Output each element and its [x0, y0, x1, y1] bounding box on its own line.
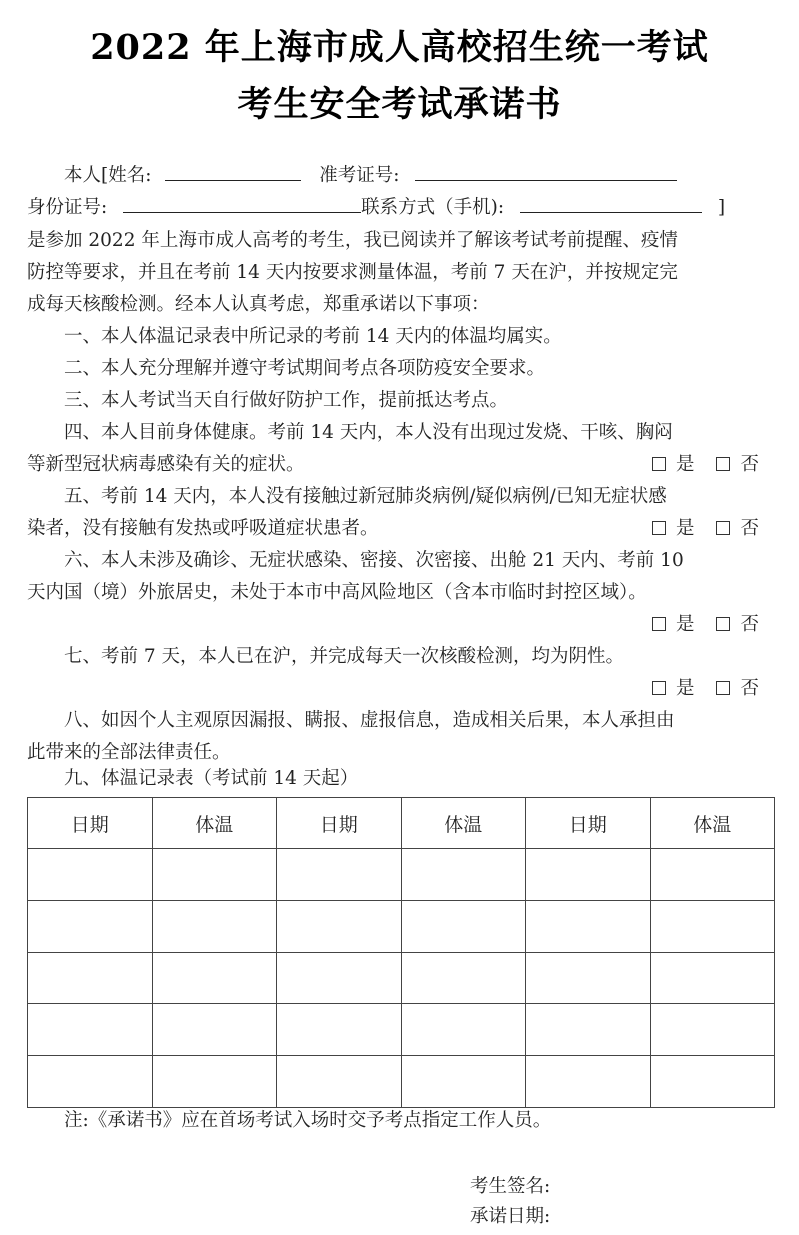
preamble-line: 防控等要求，并且在考前 14 天内按要求测量体温，考前 7 天在沪，并按规定完: [27, 260, 762, 286]
exam-id-field[interactable]: [415, 162, 677, 181]
contact-label: 联系方式（手机):: [361, 197, 504, 218]
date-cell[interactable]: [277, 900, 402, 952]
pledge-item-2: 二、本人充分理解并遵守考试期间考点各项防疫安全要求。: [64, 356, 762, 382]
no-label: 否: [740, 454, 759, 475]
temperature-cell[interactable]: [401, 849, 526, 901]
column-header-date: 日期: [277, 798, 402, 849]
column-header-temperature: 体温: [401, 798, 526, 849]
footer-note: 注:《承诺书》应在首场考试入场时交予考点指定工作人员。: [64, 1108, 762, 1134]
date-cell[interactable]: [526, 1004, 651, 1056]
yes-checkbox[interactable]: [652, 681, 666, 695]
temperature-cell[interactable]: [152, 952, 277, 1004]
temperature-cell[interactable]: [401, 1056, 526, 1108]
date-cell[interactable]: [277, 952, 402, 1004]
personal-info-line-1: 本人[姓名: 准考证号:: [64, 162, 762, 189]
date-cell[interactable]: [526, 849, 651, 901]
table-row: [28, 1056, 775, 1108]
close-bracket: ]: [718, 197, 725, 218]
no-checkbox[interactable]: [716, 521, 730, 535]
date-cell[interactable]: [526, 952, 651, 1004]
table-row: [28, 952, 775, 1004]
pledge-item-8: 八、如因个人主观原因漏报、瞒报、虚报信息，造成相关后果，本人承担由: [64, 708, 762, 734]
date-cell[interactable]: [277, 849, 402, 901]
yes-label: 是: [676, 678, 695, 699]
no-label: 否: [740, 614, 759, 635]
item-7-choices: 是否: [652, 676, 759, 702]
date-cell[interactable]: [28, 849, 153, 901]
no-checkbox[interactable]: [716, 617, 730, 631]
table-header-row: 日期 体温 日期 体温 日期 体温: [28, 798, 775, 849]
yes-label: 是: [676, 518, 695, 539]
date-cell[interactable]: [526, 1056, 651, 1108]
temperature-cell[interactable]: [152, 849, 277, 901]
column-header-date: 日期: [526, 798, 651, 849]
table-row: [28, 900, 775, 952]
no-checkbox[interactable]: [716, 457, 730, 471]
yes-checkbox[interactable]: [652, 457, 666, 471]
personal-info-line-2: 身份证号: 联系方式（手机): ]: [27, 194, 762, 221]
id-card-label: 身份证号:: [27, 197, 107, 218]
no-label: 否: [740, 518, 759, 539]
date-cell[interactable]: [277, 1004, 402, 1056]
yes-label: 是: [676, 614, 695, 635]
id-card-field[interactable]: [123, 194, 361, 213]
no-checkbox[interactable]: [716, 681, 730, 695]
pledge-item-5: 五、考前 14 天内，本人没有接触过新冠肺炎病例/疑似病例/已知无症状感: [64, 484, 762, 510]
pledge-date-label: 承诺日期:: [470, 1204, 550, 1230]
temperature-cell[interactable]: [650, 1004, 775, 1056]
pledge-item-4: 四、本人目前身体健康。考前 14 天内，本人没有出现过发烧、干咳、胸闷: [64, 420, 762, 446]
pledge-item-6: 六、本人未涉及确诊、无症状感染、密接、次密接、出舱 21 天内、考前 10: [64, 548, 762, 574]
date-cell[interactable]: [28, 900, 153, 952]
item-5-choices: 是否: [652, 516, 759, 542]
preamble-line: 是参加 2022 年上海市成人高考的考生，我已阅读并了解该考试考前提醒、疫情: [27, 228, 762, 254]
phone-field[interactable]: [520, 194, 702, 213]
no-label: 否: [740, 678, 759, 699]
temperature-cell[interactable]: [401, 952, 526, 1004]
table-row: [28, 849, 775, 901]
temperature-cell[interactable]: [650, 849, 775, 901]
date-cell[interactable]: [28, 1004, 153, 1056]
temperature-cell[interactable]: [401, 1004, 526, 1056]
date-cell[interactable]: [277, 1056, 402, 1108]
yes-checkbox[interactable]: [652, 521, 666, 535]
date-cell[interactable]: [28, 952, 153, 1004]
pledge-item-9: 九、体温记录表（考试前 14 天起）: [64, 766, 762, 792]
yes-label: 是: [676, 454, 695, 475]
column-header-date: 日期: [28, 798, 153, 849]
temperature-cell[interactable]: [650, 900, 775, 952]
pledge-item-3: 三、本人考试当天自行做好防护工作，提前抵达考点。: [64, 388, 762, 414]
temperature-cell[interactable]: [401, 900, 526, 952]
temperature-cell[interactable]: [650, 952, 775, 1004]
temperature-record-table: 日期 体温 日期 体温 日期 体温: [27, 797, 775, 1108]
temperature-cell[interactable]: [152, 900, 277, 952]
item-6-choices: 是否: [652, 612, 759, 638]
document-subtitle: 考生安全考试承诺书: [0, 83, 799, 127]
pledge-item-6-cont: 天内国（境）外旅居史，未处于本市中高风险地区（含本市临时封控区域）。: [27, 580, 762, 606]
item-4-choices: 是否: [652, 452, 759, 478]
exam-id-label: 准考证号:: [319, 165, 399, 186]
table-row: [28, 1004, 775, 1056]
column-header-temperature: 体温: [650, 798, 775, 849]
pledge-item-1: 一、本人体温记录表中所记录的考前 14 天内的体温均属实。: [64, 324, 762, 350]
temperature-cell[interactable]: [152, 1004, 277, 1056]
pledge-item-7: 七、考前 7 天，本人已在沪，并完成每天一次核酸检测，均为阴性。: [64, 644, 762, 670]
yes-checkbox[interactable]: [652, 617, 666, 631]
temperature-cell[interactable]: [650, 1056, 775, 1108]
pledge-item-8-cont: 此带来的全部法律责任。: [27, 740, 762, 766]
intro-prefix-label: 本人[姓名:: [64, 165, 151, 186]
name-field[interactable]: [165, 162, 301, 181]
column-header-temperature: 体温: [152, 798, 277, 849]
signature-label: 考生签名:: [470, 1174, 550, 1200]
date-cell[interactable]: [28, 1056, 153, 1108]
document-title: 2022 年上海市成人高校招生统一考试: [0, 26, 799, 70]
preamble-line: 成每天核酸检测。经本人认真考虑，郑重承诺以下事项：: [27, 292, 762, 318]
temperature-cell[interactable]: [152, 1056, 277, 1108]
date-cell[interactable]: [526, 900, 651, 952]
